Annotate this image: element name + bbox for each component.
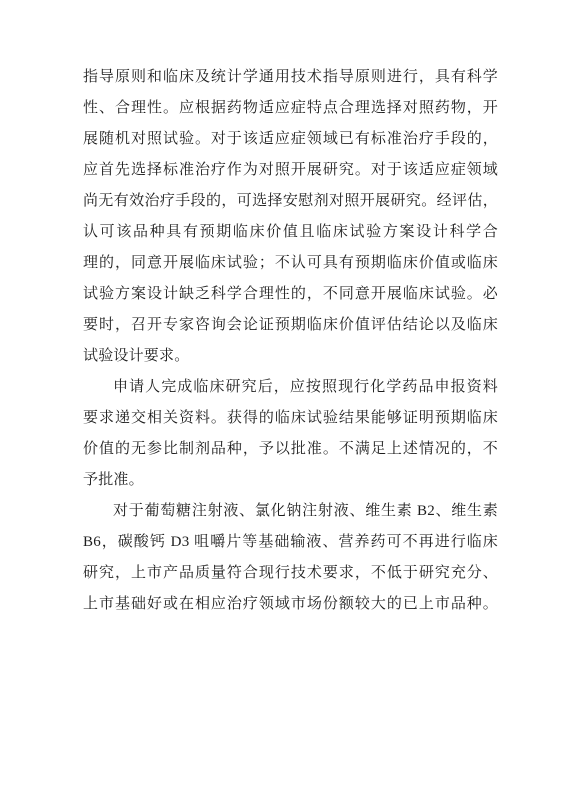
document-page: 指导原则和临床及统计学通用技术指导原则进行，具有科学 性、合理性。应根据药物适应… (0, 0, 566, 800)
text-line: 应首先选择标准治疗作为对照开展研究。对于该适应症领域 (83, 155, 498, 186)
text-line: 对于葡萄糖注射液、氯化钠注射液、维生素 B2、维生素 (83, 496, 498, 527)
text-line: 性、合理性。应根据药物适应症特点合理选择对照药物，开 (83, 93, 498, 124)
text-line: 上市基础好或在相应治疗领域市场份额较大的已上市品种。 (83, 589, 498, 620)
text-line: 尚无有效治疗手段的，可选择安慰剂对照开展研究。经评估， (83, 186, 498, 217)
text-line: B6，碳酸钙 D3 咀嚼片等基础输液、营养药可不再进行临床 (83, 527, 498, 558)
text-line: 予批准。 (83, 465, 498, 496)
text-line: 试验方案设计缺乏科学合理性的，不同意开展临床试验。必 (83, 279, 498, 310)
text-line: 认可该品种具有预期临床价值且临床试验方案设计科学合 (83, 217, 498, 248)
paragraph-3: 对于葡萄糖注射液、氯化钠注射液、维生素 B2、维生素 B6，碳酸钙 D3 咀嚼片… (83, 496, 498, 620)
text-line: 研究，上市产品质量符合现行技术要求，不低于研究充分、 (83, 558, 498, 589)
paragraph-2: 申请人完成临床研究后，应按照现行化学药品申报资料 要求递交相关资料。获得的临床试… (83, 372, 498, 496)
text-line: 试验设计要求。 (83, 341, 498, 372)
text-line: 申请人完成临床研究后，应按照现行化学药品申报资料 (83, 372, 498, 403)
text-line: 要时，召开专家咨询会论证预期临床价值评估结论以及临床 (83, 310, 498, 341)
text-line: 指导原则和临床及统计学通用技术指导原则进行，具有科学 (83, 62, 498, 93)
text-line: 展随机对照试验。对于该适应症领域已有标准治疗手段的， (83, 124, 498, 155)
paragraph-1: 指导原则和临床及统计学通用技术指导原则进行，具有科学 性、合理性。应根据药物适应… (83, 62, 498, 372)
text-block: 指导原则和临床及统计学通用技术指导原则进行，具有科学 性、合理性。应根据药物适应… (83, 62, 498, 620)
text-line: 价值的无参比制剂品种，予以批准。不满足上述情况的，不 (83, 434, 498, 465)
text-line: 理的，同意开展临床试验；不认可具有预期临床价值或临床 (83, 248, 498, 279)
text-line: 要求递交相关资料。获得的临床试验结果能够证明预期临床 (83, 403, 498, 434)
